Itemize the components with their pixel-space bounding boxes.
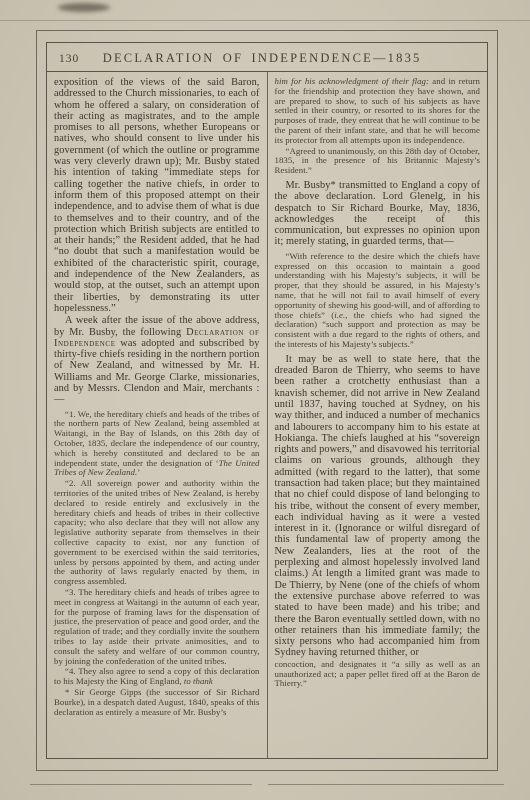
paragraph: “3. The hereditary chiefs and heads of t…: [54, 588, 260, 666]
page-outer-border: 130 DECLARATION OF INDEPENDENCE—1835 exp…: [36, 30, 498, 771]
paragraph: It may be as well to state here, that th…: [275, 354, 481, 659]
paragraph: “4. They also agree to send a copy of th…: [54, 667, 260, 687]
paragraph: him for his acknowledgment of their flag…: [275, 77, 481, 146]
footnote-paragraph: concoction, and designates it “a silly a…: [275, 660, 481, 689]
paragraph: A week after the issue of the above addr…: [54, 315, 260, 405]
page-header: 130 DECLARATION OF INDEPENDENCE—1835: [47, 43, 487, 72]
page-number: 130: [59, 53, 79, 65]
paragraph: “Agreed to unanimously, on this 28th day…: [275, 147, 481, 176]
book-page-edge-line: [268, 784, 504, 785]
italic-run: to thank: [184, 676, 213, 686]
page-inner-border: 130 DECLARATION OF INDEPENDENCE—1835 exp…: [46, 42, 488, 759]
paragraph: exposition of the views of the said Baro…: [54, 77, 260, 314]
scan-edge-line: [0, 20, 530, 21]
book-page-edge-line: [30, 784, 252, 785]
paragraph: “2. All sovereign power and authority wi…: [54, 479, 260, 587]
paragraph: “1. We, the hereditary chiefs and heads …: [54, 410, 260, 479]
page-title: DECLARATION OF INDEPENDENCE—1835: [79, 51, 475, 66]
left-column: exposition of the views of the said Baro…: [47, 72, 267, 758]
right-column: him for his acknowledgment of their flag…: [267, 72, 488, 758]
footnote-paragraph: * Sir George Gipps (the successor of Sir…: [54, 688, 260, 717]
paragraph: “With reference to the desire which the …: [275, 252, 481, 350]
smallcaps-run: Declaration of Independence: [54, 327, 260, 349]
scanned-book-page: { "page": { "number": "130", "title": "D…: [0, 0, 530, 800]
two-column-text-area: exposition of the views of the said Baro…: [47, 72, 487, 758]
paragraph: Mr. Busby* transmitted to England a copy…: [275, 180, 481, 248]
scan-smudge: [58, 3, 110, 12]
italic-run: him for his acknowledgment of their flag…: [275, 76, 429, 86]
italic-run: The United Tribes of New Zealand.: [54, 458, 260, 478]
italic-run: i.e.: [334, 310, 345, 320]
